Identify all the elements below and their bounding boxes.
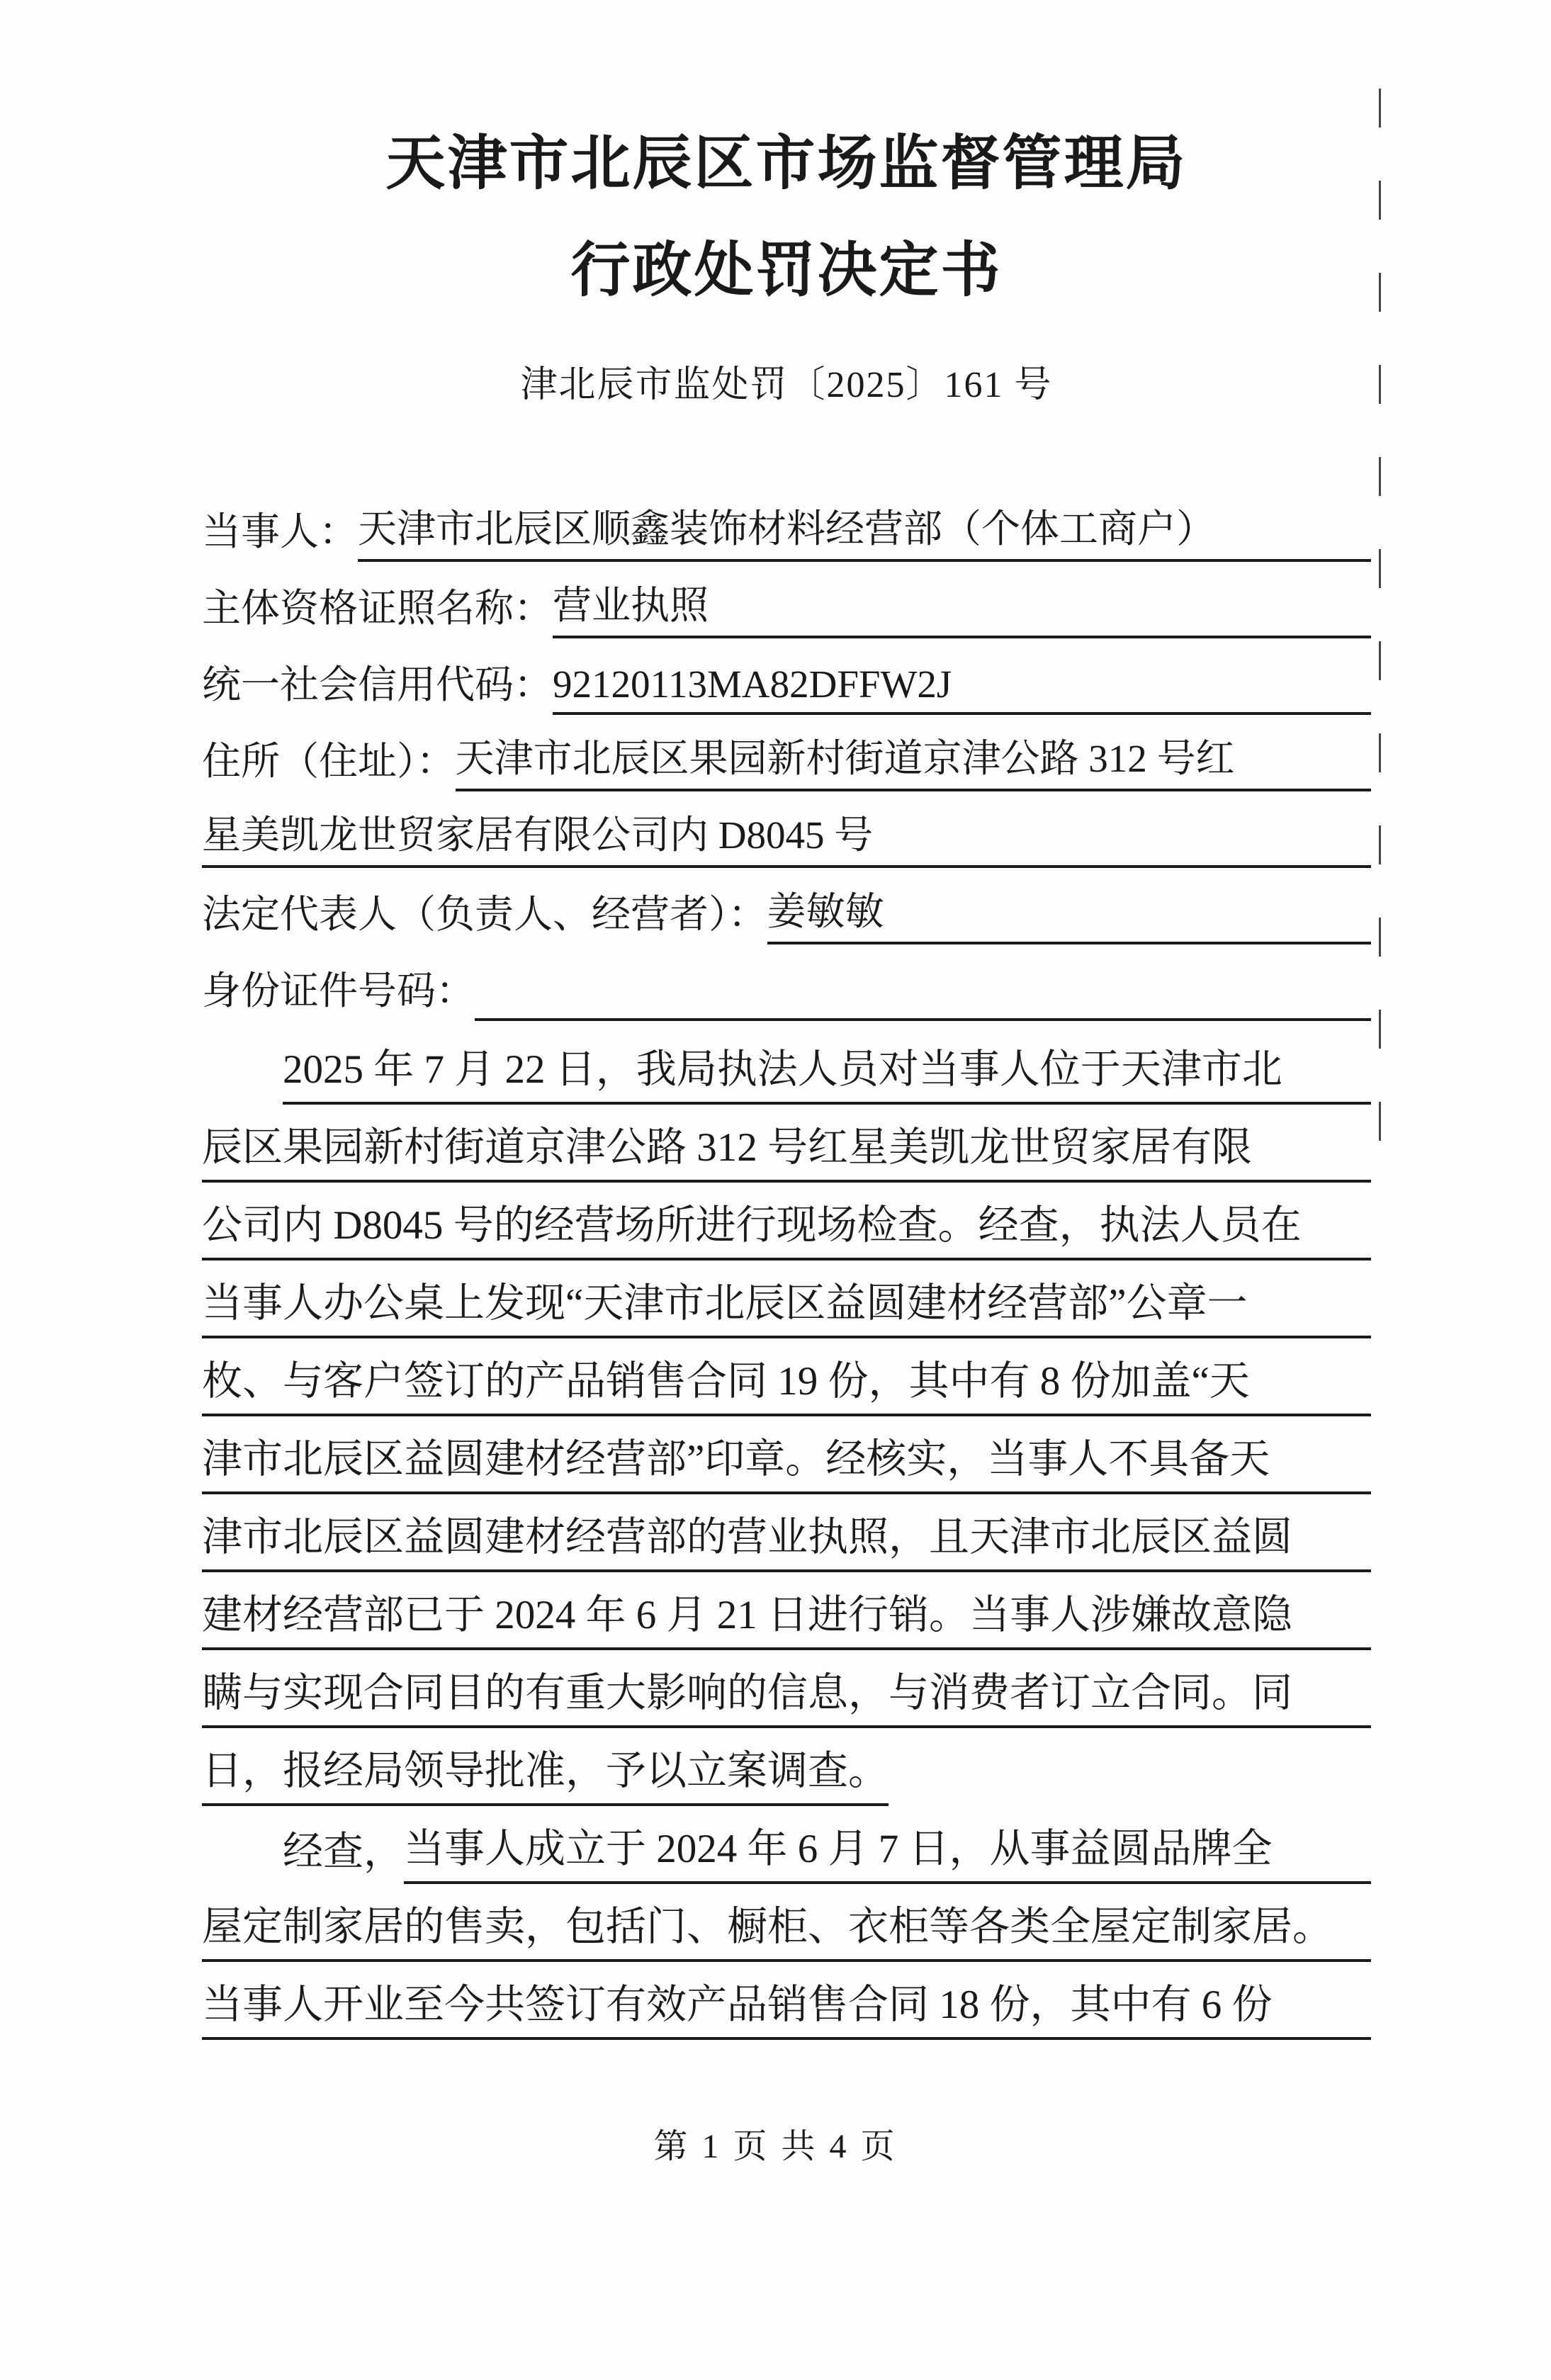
body-line: 辰区果园新村街道京津公路 312 号红星美凯龙世贸家居有限 — [202, 1105, 1371, 1183]
body-line: 当事人办公桌上发现“天津市北辰区益圆建材经营部”公章一 — [202, 1261, 1371, 1338]
field-value-underlined — [475, 1013, 1371, 1021]
document-title-type: 行政处罚决定书 — [202, 231, 1371, 311]
body-line-underlined-text: 当事人成立于 2024 年 6 月 7 日，从事益圆品牌全 — [404, 1816, 1371, 1884]
page-number-footer: 第 1 页 共 4 页 — [0, 2119, 1551, 2167]
body-section: 2025 年 7 月 22 日，我局执法人员对当事人位于天津市北辰区果园新村街道… — [202, 1027, 1371, 2040]
body-line: 屋定制家居的售卖，包括门、橱柜、衣柜等各类全屋定制家居。 — [202, 1884, 1371, 1962]
body-line-underlined-text: 当事人办公桌上发现“天津市北辰区益圆建材经营部”公章一 — [202, 1270, 1371, 1338]
field-label: 统一社会信用代码： — [202, 653, 553, 715]
body-line: 2025 年 7 月 22 日，我局执法人员对当事人位于天津市北 — [202, 1027, 1371, 1105]
body-line-underlined-text: 建材经营部已于 2024 年 6 月 21 日进行销。当事人涉嫌故意隐 — [202, 1582, 1371, 1650]
field-label: 住所（住址）： — [202, 730, 456, 791]
field-value-underlined: 姜敏敏 — [767, 880, 1371, 944]
body-line: 当事人开业至今共签订有效产品销售合同 18 份，其中有 6 份 — [202, 1962, 1371, 2040]
field-row: 身份证件号码： — [202, 944, 1371, 1021]
field-value-underlined: 天津市北辰区果园新村街道京津公路 312 号红 — [456, 727, 1371, 791]
field-row: 统一社会信用代码：92120113MA82DFFW2J — [202, 638, 1371, 715]
field-label: 法定代表人（负责人、经营者）： — [202, 883, 767, 944]
field-value-underlined: 营业执照 — [553, 574, 1371, 638]
body-line-lead: 经查， — [283, 1819, 404, 1884]
body-line-underlined-text: 枚、与客户签订的产品销售合同 19 份，其中有 8 份加盖“天 — [202, 1348, 1371, 1416]
field-label: 主体资格证照名称： — [202, 577, 553, 638]
body-line-underlined-text: 2025 年 7 月 22 日，我局执法人员对当事人位于天津市北 — [283, 1037, 1371, 1105]
field-row: 法定代表人（负责人、经营者）：姜敏敏 — [202, 868, 1371, 944]
scan-artifact-line — [1379, 89, 1381, 1173]
body-line-underlined-text: 当事人开业至今共签订有效产品销售合同 18 份，其中有 6 份 — [202, 1972, 1371, 2040]
field-value-underlined: 92120113MA82DFFW2J — [553, 662, 1371, 715]
field-row: 主体资格证照名称：营业执照 — [202, 562, 1371, 638]
body-line: 经查，当事人成立于 2024 年 6 月 7 日，从事益圆品牌全 — [202, 1806, 1371, 1884]
scanned-penalty-decision-page: 天津市北辰区市场监督管理局 行政处罚决定书 津北辰市监处罚〔2025〕161 号… — [0, 0, 1551, 2380]
body-line: 津市北辰区益圆建材经营部的营业执照，且天津市北辰区益圆 — [202, 1494, 1371, 1572]
body-line: 公司内 D8045 号的经营场所进行现场检查。经查，执法人员在 — [202, 1183, 1371, 1261]
field-label: 身份证件号码： — [202, 959, 475, 1021]
body-line-underlined-text: 公司内 D8045 号的经营场所进行现场检查。经查，执法人员在 — [202, 1192, 1371, 1261]
document-title-authority: 天津市北辰区市场监督管理局 — [202, 124, 1371, 204]
body-line: 建材经营部已于 2024 年 6 月 21 日进行销。当事人涉嫌故意隐 — [202, 1572, 1371, 1650]
body-line-underlined-text: 日，报经局领导批准，予以立案调查。 — [202, 1738, 889, 1806]
body-line: 日，报经局领导批准，予以立案调查。 — [202, 1728, 1371, 1806]
body-line-underlined-text: 津市北辰区益圆建材经营部的营业执照，且天津市北辰区益圆 — [202, 1504, 1371, 1572]
field-row: 当事人：天津市北辰区顺鑫装饰材料经营部（个体工商户） — [202, 485, 1371, 562]
body-line-underlined-text: 津市北辰区益圆建材经营部”印章。经核实，当事人不具备天 — [202, 1426, 1371, 1494]
body-line: 瞒与实现合同目的有重大影响的信息，与消费者订立合同。同 — [202, 1650, 1371, 1728]
party-fields-section: 当事人：天津市北辰区顺鑫装饰材料经营部（个体工商户）主体资格证照名称：营业执照统… — [202, 485, 1371, 1021]
body-line-underlined-text: 屋定制家居的售卖，包括门、橱柜、衣柜等各类全屋定制家居。 — [202, 1894, 1371, 1962]
field-value-underlined: 星美凯龙世贸家居有限公司内 D8045 号 — [202, 803, 1371, 868]
field-label: 当事人： — [202, 500, 358, 562]
body-line-underlined-text: 瞒与实现合同目的有重大影响的信息，与消费者订立合同。同 — [202, 1660, 1371, 1728]
body-line: 枚、与客户签订的产品销售合同 19 份，其中有 8 份加盖“天 — [202, 1338, 1371, 1416]
field-row: 星美凯龙世贸家居有限公司内 D8045 号 — [202, 791, 1371, 868]
body-line: 津市北辰区益圆建材经营部”印章。经核实，当事人不具备天 — [202, 1416, 1371, 1494]
field-value-underlined: 天津市北辰区顺鑫装饰材料经营部（个体工商户） — [358, 497, 1371, 562]
document-number: 津北辰市监处罚〔2025〕161 号 — [202, 354, 1371, 407]
field-row: 住所（住址）：天津市北辰区果园新村街道京津公路 312 号红 — [202, 715, 1371, 791]
document-content: 天津市北辰区市场监督管理局 行政处罚决定书 津北辰市监处罚〔2025〕161 号… — [202, 0, 1371, 2040]
body-line-underlined-text: 辰区果园新村街道京津公路 312 号红星美凯龙世贸家居有限 — [202, 1115, 1371, 1183]
